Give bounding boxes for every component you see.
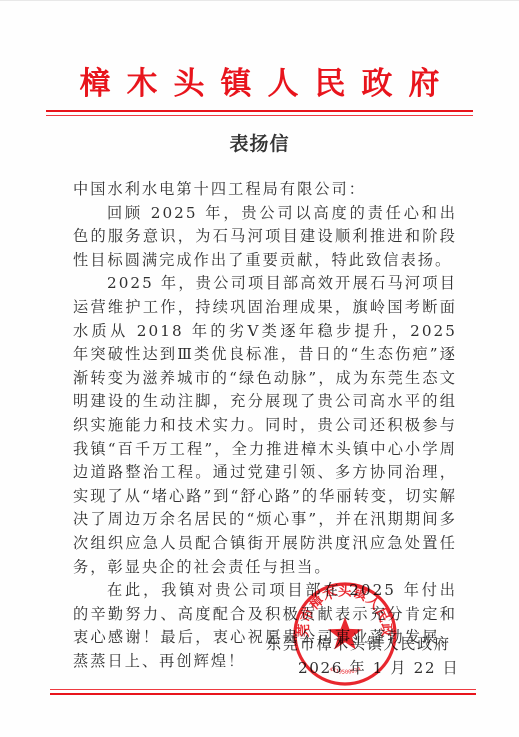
page-top-edge (0, 0, 519, 1)
issuer-header: 樟木头镇人民政府 (46, 66, 473, 102)
salutation: 中国水利水电第十四工程局有限公司： (73, 178, 457, 202)
header-rule-thick (46, 110, 473, 112)
seal-star-icon (328, 617, 362, 649)
header-rule-thin (46, 115, 473, 116)
footer-rule-thin (50, 689, 476, 690)
footer-rule-thick (50, 693, 476, 695)
letter-body: 中国水利水电第十四工程局有限公司： 回顾 2025 年，贵公司以高度的责任心和出… (73, 178, 457, 673)
letter-title: 表扬信 (0, 132, 519, 156)
paragraph-2: 2025 年，贵公司项目部高效开展石马河项目运营维护工作，持续巩固治理成果，旗岭… (73, 272, 457, 579)
svg-text:4419500034: 4419500034 (328, 666, 362, 675)
paragraph-1: 回顾 2025 年，贵公司以高度的责任心和出色的服务意识，为石马河项目建设顺利推… (73, 202, 457, 273)
letter-page: 樟木头镇人民政府 表扬信 中国水利水电第十四工程局有限公司： 回顾 2025 年… (0, 0, 519, 737)
official-seal-icon: 东莞市樟木头镇人民政府 4419500034 (292, 581, 398, 687)
